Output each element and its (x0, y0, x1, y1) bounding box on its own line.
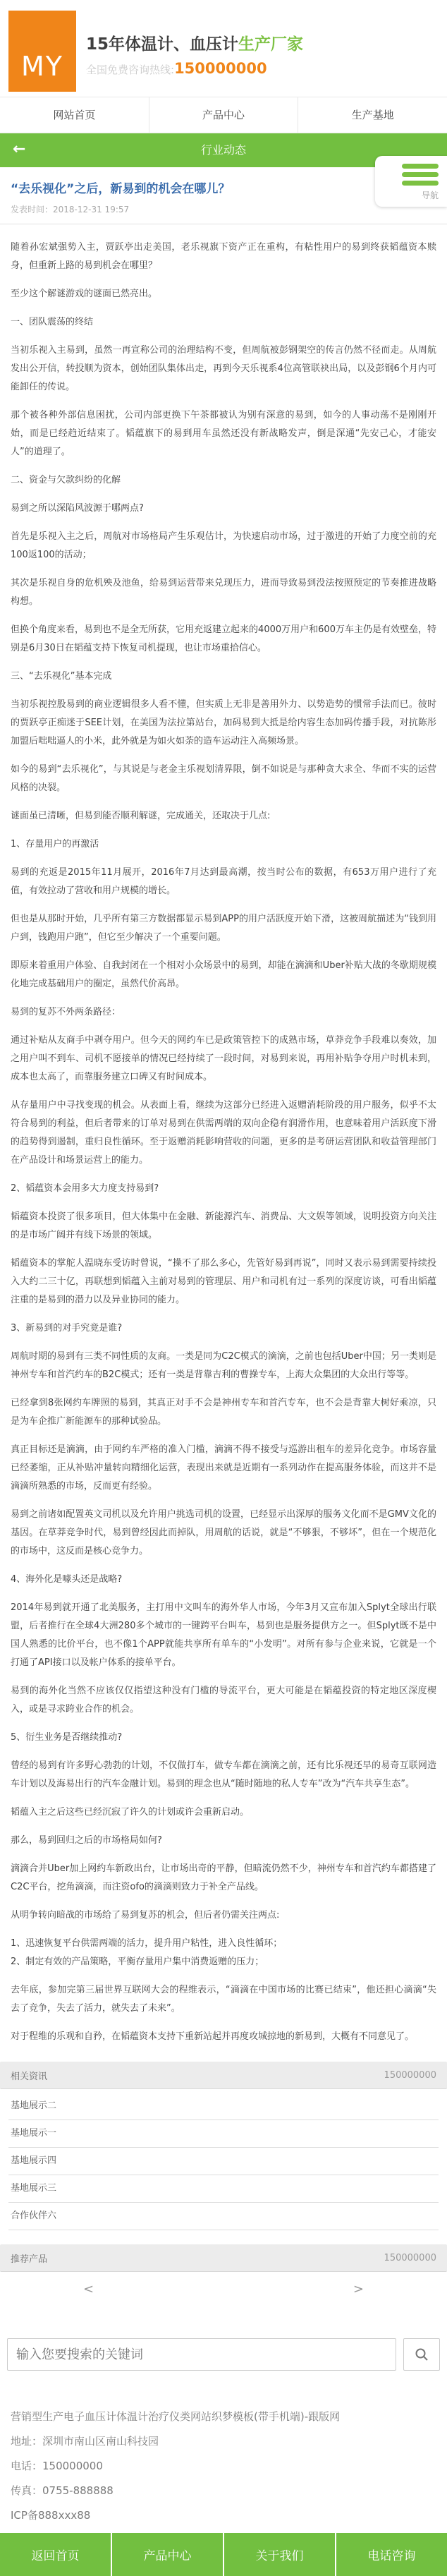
floating-nav-button[interactable]: 导航 (375, 156, 447, 207)
article-paragraph: 易到之所以深陷风波源于哪两点? (11, 500, 436, 518)
site-title-accent: 生产厂家 (238, 35, 303, 54)
article-paragraph: 1、迅速恢复平台供需两端的活力，提升用户粘性，进入良性循环； (11, 1935, 436, 1953)
related-news-list: 基地展示二 基地展示一 基地展示四 基地展示三 合作伙伴六 (0, 2093, 447, 2230)
site-footer: 营销型生产电子血压计体温计治疗仪类网站织梦模板(带手机端)-跟版网 地址：深圳市… (0, 2371, 447, 2528)
carousel-prev-icon[interactable]: < (83, 2283, 94, 2296)
related-news-item[interactable]: 基地展示二 (8, 2093, 439, 2120)
article-paragraph: 首先是乐视入主之后，周航对市场格局产生乐观估计，为快速启动市场，过于激进的开始了… (11, 528, 436, 564)
article-paragraph: 已经拿到8张网约车牌照的易到，其真正对手不会是神州专车和首汽专车，也不会是背靠大… (11, 1394, 436, 1431)
bottom-button-about[interactable]: 关于我们 (224, 2533, 335, 2576)
article-body: 随着孙宏斌强势入主，贾跃亭出走美国，老乐视旗下资产正在重构，有粘性用户的易到终获… (0, 224, 447, 2062)
article-title: “去乐视化”之后，新易到的机会在哪儿？ (11, 179, 436, 196)
related-news-item[interactable]: 基地展示四 (8, 2148, 439, 2175)
article-paragraph: 当初乐视入主易到，虽然一再宣称公司的治理结构不变，但周航被彭钢架空的传言仍然不径… (11, 341, 436, 397)
article-paragraph: 去年底，参加完第三届世界互联网大会的程维表示，“滴滴在中国市场的比赛已结束”，他… (11, 1981, 436, 2018)
site-title-main: 15年体温计、血压计 (86, 35, 238, 54)
related-news-bar: 相关资讯 150000000 (0, 2062, 447, 2089)
article-paragraph: 但也是从那时开始，几乎所有第三方数据都显示易到APP的用户活跃度开始下滑，这被周… (11, 910, 436, 947)
article-paragraph: 滴滴合并Uber加上网约车新政出台，让市场出奇的平静，但暗流仍然不少，神州专车和… (11, 1860, 436, 1897)
footer-line-phone: 电话：150000000 (11, 2454, 436, 2479)
article-paragraph: 4、海外化是噱头还是战略? (11, 1571, 436, 1589)
hamburger-icon (402, 172, 439, 177)
nav-item-bases[interactable]: 生产基地 (298, 97, 447, 133)
article-paragraph: 2、韬蕴资本会用多大力度支持易到? (11, 1180, 436, 1198)
hamburger-icon (402, 181, 439, 186)
hotline-number: 150000000 (174, 60, 267, 77)
back-arrow-icon[interactable]: ← (13, 133, 25, 166)
article-paragraph: 易到的充返是2015年11月展开，2016年7月达到最高潮，按当时公布的数据，有… (11, 864, 436, 900)
footer-line-site: 营销型生产电子血压计体温计治疗仪类网站织梦模板(带手机端)-跟版网 (11, 2405, 436, 2429)
related-news-number: 150000000 (384, 2070, 436, 2081)
site-logo[interactable]: MY (8, 11, 76, 92)
bottom-button-home[interactable]: 返回首页 (0, 2533, 111, 2576)
article-paragraph: 2014年易到就开通了北美服务，主打用中文叫车的海外华人市场，今年3月又宣布加入… (11, 1599, 436, 1672)
footer-line-icp: ICP备888xxx88 (11, 2503, 436, 2528)
article-paragraph: 真正目标还是滴滴，由于网约车严格的准入门槛，滴滴不得不接受与巡游出租车的差异化竞… (11, 1441, 436, 1496)
article-paragraph: 即原来着重用户体验、自我封闭在一个相对小众场景中的易到，却能在滴滴和Uber补贴… (11, 957, 436, 993)
related-news-item[interactable]: 合作伙伴六 (8, 2203, 439, 2230)
hotline: 全国免费咨询热线:150000000 (86, 60, 303, 77)
related-news-item[interactable]: 基地展示一 (8, 2120, 439, 2148)
hotline-label: 全国免费咨询热线: (86, 64, 174, 76)
bottom-action-bar: 返回首页 产品中心 关于我们 电话咨询 (0, 2533, 447, 2576)
article-paragraph: 其次是乐视自身的危机殃及池鱼，给易到运营带来兑现压力，进而导致易到没法按照预定的… (11, 574, 436, 611)
nav-item-home[interactable]: 网站首页 (0, 97, 149, 133)
hamburger-icon (402, 164, 439, 169)
search-icon (415, 2347, 429, 2362)
site-header: MY 15年体温计、血压计生产厂家 全国免费咨询热线:150000000 (0, 0, 447, 97)
page: MY 15年体温计、血压计生产厂家 全国免费咨询热线:150000000 网站首… (0, 0, 447, 2576)
article-paragraph: 2、制定有效的产品策略，平衡存量用户集中消费返赠的压力； (11, 1953, 436, 1971)
article-paragraph: 易到的海外化当然不应该仅仅指望这种没有门槛的导流平台，更大可能是在韬蕴投资的特定… (11, 1682, 436, 1719)
article-paragraph: 韬蕴入主之后这些已经沉寂了许久的计划或许会重新启动。 (11, 1803, 436, 1822)
main-nav: 网站首页 产品中心 生产基地 (0, 97, 447, 133)
section-title: 行业动态 (201, 143, 246, 157)
article-paragraph: 从明争转向暗战的市场给了易到复苏的机会，但后者仍需关注两点: (11, 1906, 436, 1925)
site-title: 15年体温计、血压计生产厂家 (86, 31, 303, 54)
article-paragraph: 3、新易到的对手究竟是谁? (11, 1319, 436, 1338)
article-paragraph: 一、团队震荡的终结 (11, 313, 436, 332)
article-paragraph: 那么，易到回归之后的市场格局如何? (11, 1832, 436, 1850)
article-paragraph: 易到的复苏不外两条路径： (11, 1003, 436, 1022)
article-paragraph: 至少这个解谜游戏的谜面已然亮出。 (11, 285, 436, 303)
article-paragraph: 1、存量用户的再激活 (11, 835, 436, 854)
article-paragraph: 曾经的易到有许多野心勃勃的计划，不仅做打车，做专车都在滴滴之前，还有比乐视还早的… (11, 1757, 436, 1794)
article-paragraph: 当初乐视控股易到的商业逻辑很多人看不懂，但实质上无非是善用外力、以势造势的惯常手… (11, 696, 436, 751)
article-paragraph: 5、衍生业务是否继续推动? (11, 1729, 436, 1747)
article-paragraph: 韬蕴资本投资了很多项目，但大体集中在金融、新能源汽车、消费品、大文娱等领域，说明… (11, 1208, 436, 1245)
article-paragraph: 如今的易到“去乐视化”，与其说是与老金主乐视划清界限，倒不如说是与那种贪大求全、… (11, 761, 436, 797)
article-date: 发表时间：2018-12-31 19:57 (11, 203, 436, 215)
article-paragraph: 周航时期的易到有三类不同性质的友商。一类是同为C2C模式的滴滴，之前也包括Ube… (11, 1348, 436, 1384)
article-paragraph: 通过补贴从友商手中剥夺用户。但今天的网约车已是政策管控下的成熟市场，草莽竞争手段… (11, 1032, 436, 1087)
floating-nav-label: 导航 (385, 189, 439, 201)
article-paragraph: 二、资金与欠款纠纷的化解 (11, 471, 436, 490)
nav-item-products[interactable]: 产品中心 (149, 97, 299, 133)
recommend-products-bar: 推荐产品 150000000 (0, 2244, 447, 2272)
header-text: 15年体温计、血压计生产厂家 全国免费咨询热线:150000000 (86, 31, 303, 77)
recommend-products-title: 推荐产品 (11, 2251, 47, 2265)
bottom-button-call[interactable]: 电话咨询 (336, 2533, 447, 2576)
product-carousel: < > (0, 2272, 447, 2330)
search-button[interactable] (403, 2338, 440, 2371)
search-bar (7, 2338, 440, 2371)
bottom-button-products[interactable]: 产品中心 (112, 2533, 223, 2576)
recommend-products-number: 150000000 (384, 2253, 436, 2263)
article-paragraph: 谜面虽已清晰，但易到能否顺利解谜，完成通关，还取决于几点: (11, 807, 436, 826)
article-paragraph: 对于程维的乐观和自矜，在韬蕴资本支持下重新站起并再度攻城掠地的新易到，大概有不同… (11, 2028, 436, 2046)
carousel-next-icon[interactable]: > (353, 2283, 364, 2296)
related-news-title: 相关资讯 (11, 2069, 47, 2082)
article-paragraph: 三、“去乐视化”基本完成 (11, 667, 436, 686)
search-input[interactable] (7, 2338, 396, 2371)
article-paragraph: 易到之前诸如配置英文司机以及允许用户挑选司机的设置，已经显示出深厚的服务文化而不… (11, 1506, 436, 1561)
related-news-item[interactable]: 基地展示三 (8, 2175, 439, 2203)
article-paragraph: 随着孙宏斌强势入主，贾跃亭出走美国，老乐视旗下资产正在重构，有粘性用户的易到终获… (11, 238, 436, 275)
article-paragraph: 韬蕴资本的掌舵人温晓东受访时曾说，“操不了那么多心，先管好易到再说”，同时又表示… (11, 1254, 436, 1310)
article-paragraph: 那个被各种外部信息困扰，公司内部更换下午茶都被认为别有深意的易到，如今的人事动荡… (11, 406, 436, 461)
footer-line-address: 地址：深圳市南山区南山科技园 (11, 2429, 436, 2454)
article-paragraph: 从存量用户中寻找变现的机会。从表面上看，继续为这部分已经进入返赠消耗阶段的用户服… (11, 1096, 436, 1170)
article-paragraph: 但换个角度来看，易到也不是全无所获，它用充返建立起来的4000万用户和600万车… (11, 621, 436, 658)
footer-line-fax: 传真：0755-888888 (11, 2479, 436, 2503)
